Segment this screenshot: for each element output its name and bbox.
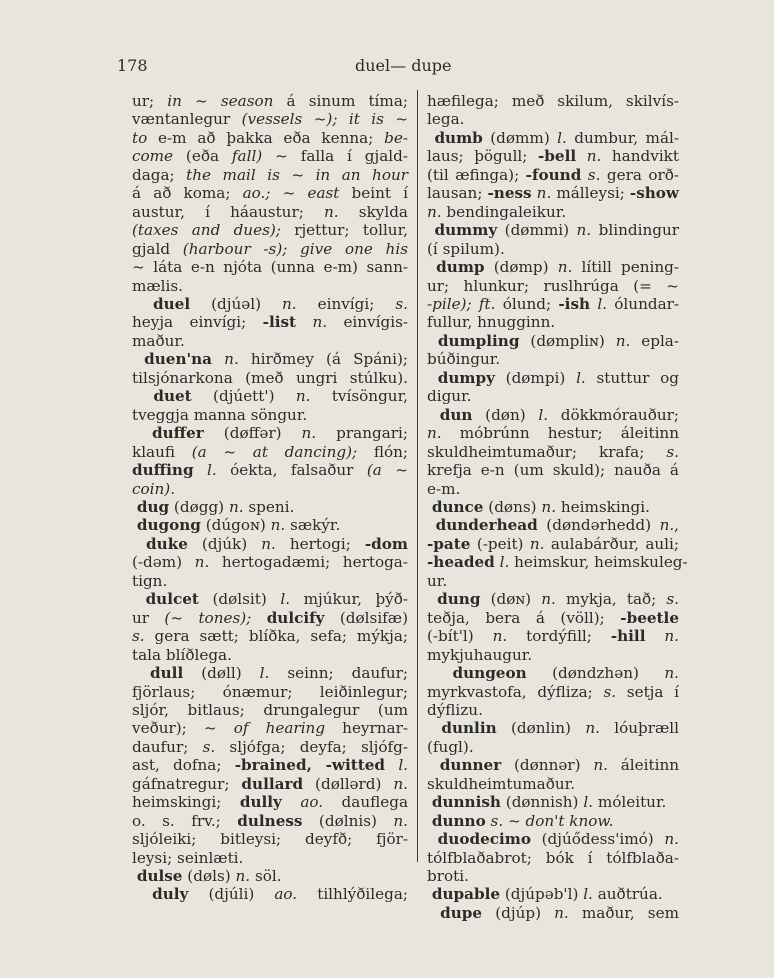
text-line: o. s. frv.; dulness (dølnis) n. xyxy=(132,812,408,830)
text-line: dumb (dømm) l. dumbur, mál- xyxy=(427,129,679,147)
text-line: tign. xyxy=(132,572,408,590)
text-line: duen'na n. hirðmey (á Spáni); xyxy=(132,350,408,368)
text-line: dulcet (dølsit) l. mjúkur, þýð- xyxy=(132,590,408,608)
text-line: duffing l. óekta, falsaður (a ~ xyxy=(132,461,408,479)
text-line: leysi; seinlæti. xyxy=(132,849,408,867)
text-line: digur. xyxy=(427,387,679,405)
text-line: dupe (djúp) n. maður, sem xyxy=(427,904,679,922)
text-line: sljór, bitlaus; drungalegur (um xyxy=(132,701,408,719)
column-divider xyxy=(417,90,418,862)
text-line: mykjuhaugur. xyxy=(427,646,679,664)
text-line: daufur; s. sljófga; deyfa; sljófg- xyxy=(132,738,408,756)
text-line: skuldheimtumaður. xyxy=(427,775,679,793)
page-header: 178 duel— dupe xyxy=(0,56,774,80)
text-line: ur; hlunkur; ruslhrúga (= ~ xyxy=(427,277,679,295)
text-line: skuldheimtumaður; krafa; s. xyxy=(427,443,679,461)
text-line: -headed l. heimskur, heimskuleg- xyxy=(427,553,679,571)
text-line: dunno s. ~ don't know. xyxy=(427,812,679,830)
text-line: dun (døn) l. dökkmórauður; xyxy=(427,406,679,424)
text-line: tólfblaðabrot; bók í tólfblaða- xyxy=(427,849,679,867)
text-line: teðja, bera á (völl); -beetle xyxy=(427,609,679,627)
text-line: (fugl). xyxy=(427,738,679,756)
text-line: (-dəm) n. hertogadæmi; hertoga- xyxy=(132,553,408,571)
text-line: mælis. xyxy=(132,277,408,295)
running-head: duel— dupe xyxy=(355,56,451,75)
text-line: krefja e-n (um skuld); nauða á xyxy=(427,461,679,479)
text-line: dulse (døls) n. söl. xyxy=(132,867,408,885)
text-line: come (eða fall) ~ falla í gjald- xyxy=(132,147,408,165)
text-line: duel (djúəl) n. einvígi; s. xyxy=(132,295,408,313)
right-column: hæfilega; með skilum, skilvís-lega. dumb… xyxy=(427,92,679,922)
text-line: fullur, hnugginn. xyxy=(427,313,679,331)
text-line: myrkvastofa, dýfliza; s. setja í xyxy=(427,683,679,701)
text-line: dug (døgg) n. speni. xyxy=(132,498,408,516)
text-line: ast, dofna; -brained, -witted l. xyxy=(132,756,408,774)
text-line: dunlin (dønlin) n. lóuþræll xyxy=(427,719,679,737)
text-line: coin). xyxy=(132,480,408,498)
text-line: lausan; -ness n. málleysi; -show xyxy=(427,184,679,202)
text-line: maður. xyxy=(132,332,408,350)
text-line: duodecimo (djúődess'imó) n. xyxy=(427,830,679,848)
text-line: tilsjónarkona (með ungri stúlku). xyxy=(132,369,408,387)
text-line: laus; þögull; -bell n. handvikt xyxy=(427,147,679,165)
text-line: duffer (døffər) n. prangari; xyxy=(132,424,408,442)
text-line: e-m. xyxy=(427,480,679,498)
text-line: (taxes and dues); rjettur; tollur, xyxy=(132,221,408,239)
text-line: to e-m að þakka eða kenna; be- xyxy=(132,129,408,147)
text-line: dunce (døns) n. heimskingi. xyxy=(427,498,679,516)
text-line: dumpling (dømpliɴ) n. epla- xyxy=(427,332,679,350)
text-line: (-bít'l) n. tordýfill; -hill n. xyxy=(427,627,679,645)
text-line: hæfilega; með skilum, skilvís- xyxy=(427,92,679,110)
text-line: dunnish (dønnish) l. móleitur. xyxy=(427,793,679,811)
text-line: -pate (-peit) n. aulabárður, auli; xyxy=(427,535,679,553)
text-line: ur; in ~ season á sinum tíma; xyxy=(132,92,408,110)
text-line: ~ láta e-n njóta (unna e-m) sann- xyxy=(132,258,408,276)
page-number: 178 xyxy=(117,56,148,75)
text-line: væntanlegur (vessels ~); it is ~ xyxy=(132,110,408,128)
text-line: duly (djúli) ao. tilhlýðilega; xyxy=(132,885,408,903)
left-column: ur; in ~ season á sinum tíma;væntanlegur… xyxy=(132,92,408,904)
text-line: dummy (dømmi) n. blindingur xyxy=(427,221,679,239)
text-line: ur (~ tones); dulcify (dølsifæ) xyxy=(132,609,408,627)
text-line: dupable (djúpəb'l) l. auðtrúa. xyxy=(427,885,679,903)
text-line: ur. xyxy=(427,572,679,590)
text-line: búðingur. xyxy=(427,350,679,368)
text-line: dump (dømp) n. lítill pening- xyxy=(427,258,679,276)
text-line: á að koma; ao.; ~ east beint í xyxy=(132,184,408,202)
text-line: duet (djúett') n. tvísöngur, xyxy=(132,387,408,405)
text-line: dumpy (dømpi) l. stuttur og xyxy=(427,369,679,387)
text-line: gjald (harbour -s); give one his xyxy=(132,240,408,258)
text-line: duke (djúk) n. hertogi; -dom xyxy=(132,535,408,553)
text-line: (í spilum). xyxy=(427,240,679,258)
text-line: dunner (dønnər) n. áleitinn xyxy=(427,756,679,774)
text-line: heimskingi; dully ao. dauflega xyxy=(132,793,408,811)
text-line: dungeon (døndzhən) n. xyxy=(427,664,679,682)
text-line: broti. xyxy=(427,867,679,885)
text-line: gáfnatregur; dullard (døllərd) n. xyxy=(132,775,408,793)
text-line: tveggja manna söngur. xyxy=(132,406,408,424)
text-line: dýflizu. xyxy=(427,701,679,719)
text-line: klaufi (a ~ at dancing); flón; xyxy=(132,443,408,461)
text-line: heyja einvígi; -list n. einvígis- xyxy=(132,313,408,331)
text-line: dunderhead (døndərhedd) n., xyxy=(427,516,679,534)
text-line: veður); ~ of hearing heyrnar- xyxy=(132,719,408,737)
text-line: austur, í háaustur; n. skylda xyxy=(132,203,408,221)
text-line: -pile); ft. ólund; -ish l. ólundar- xyxy=(427,295,679,313)
text-line: n. bendingaleikur. xyxy=(427,203,679,221)
text-line: dull (døll) l. seinn; daufur; xyxy=(132,664,408,682)
text-line: dung (døɴ) n. mykja, tað; s. xyxy=(427,590,679,608)
text-line: s. gera sætt; blíðka, sefa; mýkja; xyxy=(132,627,408,645)
text-line: fjörlaus; ónæmur; leiðinlegur; xyxy=(132,683,408,701)
text-line: (til æfinga); -found s. gera orð- xyxy=(427,166,679,184)
text-line: n. móbrúnn hestur; áleitinn xyxy=(427,424,679,442)
text-line: sljóleiki; bitleysi; deyfð; fjör- xyxy=(132,830,408,848)
text-line: daga; the mail is ~ in an hour xyxy=(132,166,408,184)
text-line: dugong (dúgoɴ) n. sækýr. xyxy=(132,516,408,534)
text-line: lega. xyxy=(427,110,679,128)
text-line: tala blíðlega. xyxy=(132,646,408,664)
